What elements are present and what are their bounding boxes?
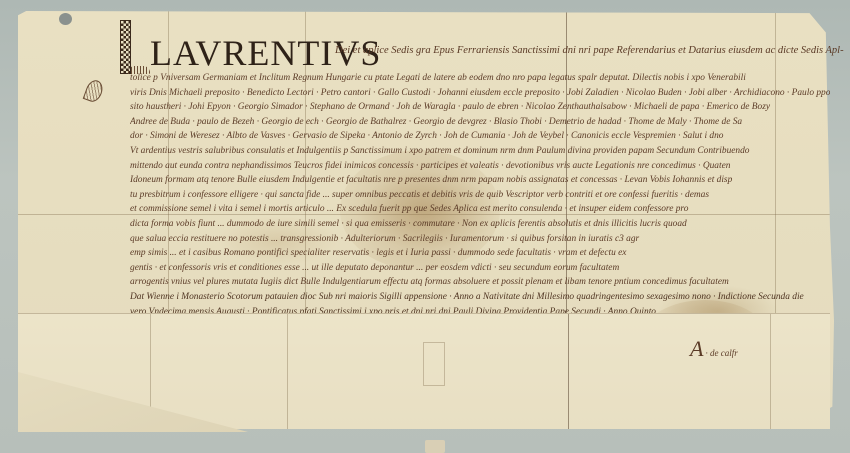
fold-line	[568, 314, 569, 429]
text-line: dicta forma vobis fiunt ... dummodo de i…	[130, 217, 830, 232]
seal-tag-strip	[425, 440, 445, 453]
charter-body: tolice p Vniversam Germaniam et Inclitum…	[130, 71, 830, 319]
text-line: dor · Simoni de Weresez · Albto de Vasve…	[130, 129, 830, 144]
text-line: viris Dnis Michaeli preposito · Benedict…	[130, 86, 830, 101]
heading-continuation: Dei et aplice Sedis gra Epus Ferrariensi…	[335, 45, 844, 56]
text-line: et commissione semel i vita i semel i mo…	[130, 202, 830, 217]
text-line: Andree de Buda · paulo de Bezeh · Georgi…	[130, 115, 830, 130]
text-line: sito haustheri · Johi Epyon · Georgio Si…	[130, 100, 830, 115]
seal-slit	[423, 342, 445, 386]
signature-name: · de calfr	[705, 348, 737, 358]
text-line: Dat Wienne i Monasterio Scotorum patauie…	[130, 290, 830, 305]
punch-hole	[59, 13, 72, 25]
decorated-initial-l	[120, 20, 131, 74]
signature-initial: A	[690, 336, 703, 361]
text-line: arrogentis vnius vel plures mutata Iugii…	[130, 275, 830, 290]
fold-line	[770, 314, 771, 429]
text-line: tu presbitrum i confessore elligere · qu…	[130, 188, 830, 203]
text-line: Idoneum formam atq tenore Bulle eiusdem …	[130, 173, 830, 188]
text-line: emp simis ... et i casibus Romano pontif…	[130, 246, 830, 261]
text-line: tolice p Vniversam Germaniam et Inclitum…	[130, 71, 830, 86]
text-line: que salua eccia restituere no potestis .…	[130, 232, 830, 247]
scribe-signature: A· de calfr	[690, 336, 738, 362]
photo-stage: LAVRENTIVS Dei et aplice Sedis gra Epus …	[0, 0, 850, 453]
fold-line	[287, 314, 288, 429]
text-line: gentis · et confessoris vris et conditio…	[130, 261, 830, 276]
text-line: mittendo aut eunda contra nephandissimos…	[130, 159, 830, 174]
text-line: Vt ardentius vestris salubribus consulat…	[130, 144, 830, 159]
